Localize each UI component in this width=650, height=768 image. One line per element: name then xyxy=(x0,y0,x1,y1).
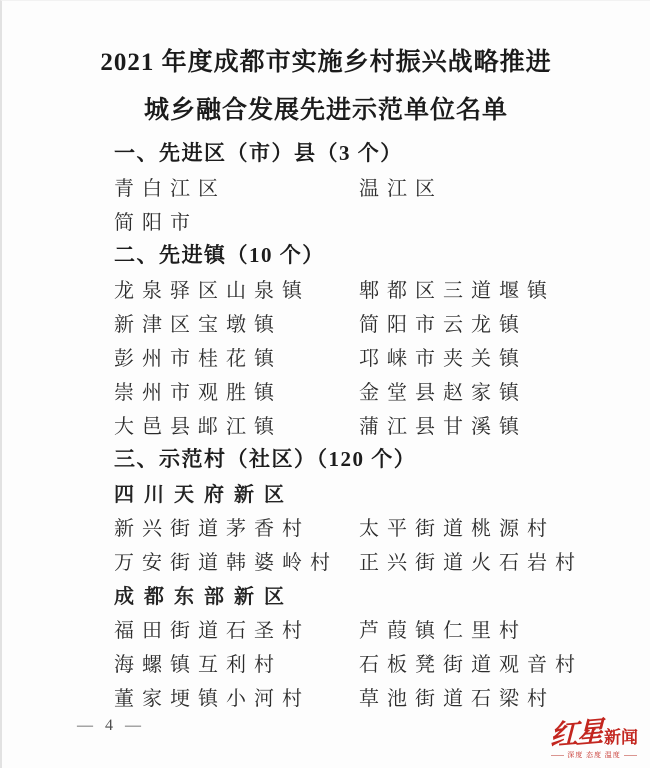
table-row: 简阳市 xyxy=(114,203,650,237)
unit-name: 石板凳街道观音村 xyxy=(359,648,650,677)
unit-name: 温江区 xyxy=(359,172,650,201)
logo-block-text: 新闻 xyxy=(604,723,638,748)
unit-name: 董家埂镇小河村 xyxy=(114,682,359,711)
tagline-left-line xyxy=(551,755,564,756)
group-heading-tianfu: 四川天府新区 xyxy=(114,478,294,507)
unit-name: 简阳市 xyxy=(114,206,359,235)
group-heading-dongbu: 成都东部新区 xyxy=(114,580,294,609)
unit-name: 万安街道韩婆岭村 xyxy=(114,546,359,575)
unit-name: 正兴街道火石岩村 xyxy=(359,546,650,575)
table-row: 新津区宝墩镇 简阳市云龙镇 xyxy=(114,305,650,339)
table-row: 新兴街道茅香村 太平街道桃源村 xyxy=(114,509,650,543)
document-title-line-2: 城乡融合发展先进示范单位名单 xyxy=(2,87,650,135)
unit-name: 彭州市桂花镇 xyxy=(114,342,359,371)
section-3-heading-row: 三、示范村（社区）（120 个） xyxy=(114,441,650,475)
section-2-heading: 二、先进镇（10 个） xyxy=(114,239,325,269)
unit-name: 新兴街道茅香村 xyxy=(114,512,359,541)
unit-name: 太平街道桃源村 xyxy=(359,512,650,541)
unit-name: 芦葭镇仁里村 xyxy=(359,614,650,643)
logo-script-text: 红星 xyxy=(550,720,602,751)
tagline-right-line xyxy=(624,755,637,756)
document-title: 2021 年度成都市实施乡村振兴战略推进 城乡融合发展先进示范单位名单 xyxy=(2,39,650,135)
table-row: 大邑县䢺江镇 蒲江县甘溪镇 xyxy=(114,407,650,441)
red-star-news-wordmark: 红星 新闻 xyxy=(544,722,644,748)
unit-name: 新津区宝墩镇 xyxy=(114,308,359,337)
unit-name: 海螺镇互利村 xyxy=(114,648,359,677)
document-title-line-1: 2021 年度成都市实施乡村振兴战略推进 xyxy=(2,39,650,87)
unit-name: 蒲江县甘溪镇 xyxy=(359,410,650,439)
section-1-heading: 一、先进区（市）县（3 个） xyxy=(114,137,403,167)
document-body: 一、先进区（市）县（3 个） 青白江区 温江区 简阳市 二、先进镇（10 个） … xyxy=(2,135,650,713)
red-star-news-logo: 红星 新闻 深度 态度 温度 xyxy=(544,722,644,760)
unit-name: 简阳市云龙镇 xyxy=(359,308,650,337)
table-row: 彭州市桂花镇 邛崃市夹关镇 xyxy=(114,339,650,373)
unit-name: 福田街道石圣村 xyxy=(114,614,359,643)
group-heading-row: 成都东部新区 xyxy=(114,577,650,611)
table-row: 青白江区 温江区 xyxy=(114,169,650,203)
table-row: 万安街道韩婆岭村 正兴街道火石岩村 xyxy=(114,543,650,577)
table-row: 福田街道石圣村 芦葭镇仁里村 xyxy=(114,611,650,645)
unit-name: 崇州市观胜镇 xyxy=(114,376,359,405)
unit-name: 郫都区三道堰镇 xyxy=(359,274,650,303)
unit-name: 青白江区 xyxy=(114,172,359,201)
table-row: 董家埂镇小河村 草池街道石梁村 xyxy=(114,679,650,713)
unit-name: 邛崃市夹关镇 xyxy=(359,342,650,371)
table-row: 海螺镇互利村 石板凳街道观音村 xyxy=(114,645,650,679)
section-1-heading-row: 一、先进区（市）县（3 个） xyxy=(114,135,650,169)
tagline-text: 深度 态度 温度 xyxy=(567,750,621,760)
unit-name: 大邑县䢺江镇 xyxy=(114,410,359,439)
table-row: 龙泉驿区山泉镇 郫都区三道堰镇 xyxy=(114,271,650,305)
unit-name: 草池街道石梁村 xyxy=(359,682,650,711)
unit-name: 龙泉驿区山泉镇 xyxy=(114,274,359,303)
section-3-heading: 三、示范村（社区）（120 个） xyxy=(114,443,416,473)
group-heading-row: 四川天府新区 xyxy=(114,475,650,509)
unit-name: 金堂县赵家镇 xyxy=(359,376,650,405)
table-row: 崇州市观胜镇 金堂县赵家镇 xyxy=(114,373,650,407)
section-2-heading-row: 二、先进镇（10 个） xyxy=(114,237,650,271)
